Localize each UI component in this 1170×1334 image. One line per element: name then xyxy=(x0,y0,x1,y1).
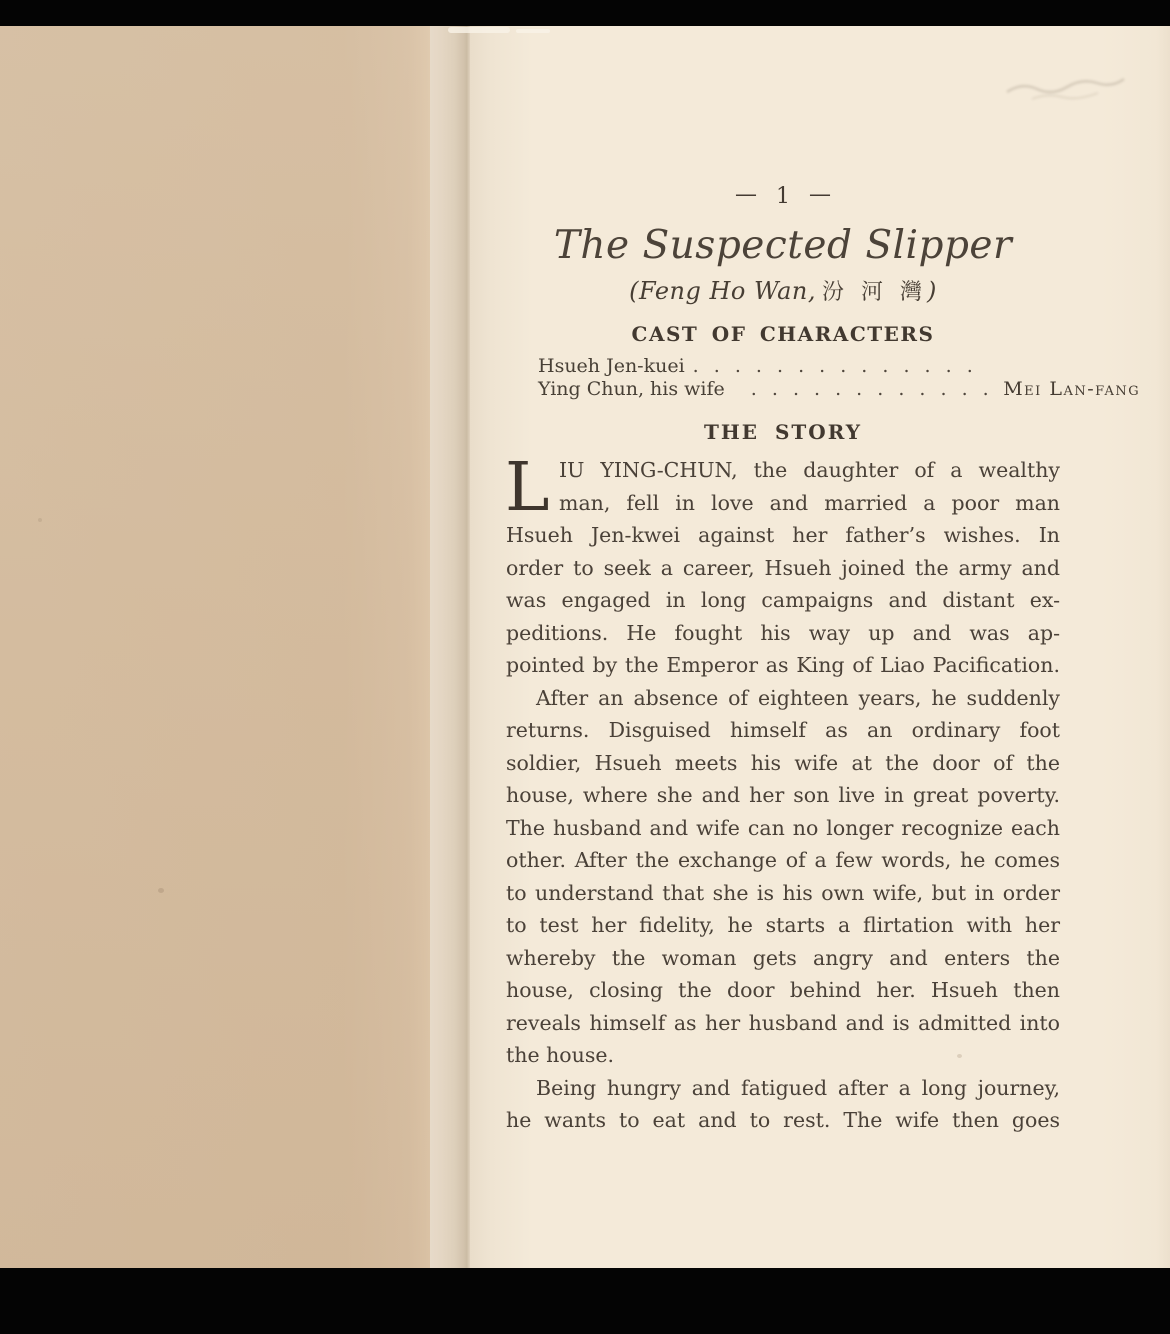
story-line: he wants to eat and to rest. The wife th… xyxy=(506,1104,1060,1137)
story-paragraph-1: L IU YING-CHUN, the daughter of a wealth… xyxy=(506,454,1060,682)
story-line: returns. Disguised himself as an ordinar… xyxy=(506,714,1060,747)
story-line: pointed by the Emperor as King of Liao P… xyxy=(506,649,1060,682)
page-number-dash: — xyxy=(735,182,757,207)
book-gutter xyxy=(430,26,470,1268)
paper-speck xyxy=(38,518,42,522)
subtitle-chinese: 汾 河 灣 xyxy=(822,280,927,305)
story-line: man, fell in love and married a poor man xyxy=(506,487,1060,520)
cast-entry: Ying Chun, his wife. . . . . . . . . . .… xyxy=(538,378,1060,401)
story-line: order to seek a career, Hsueh joined the… xyxy=(506,552,1060,585)
page-number-dash: — xyxy=(809,182,831,207)
book-scan: —1— The Suspected Slipper (Feng Ho Wan,汾… xyxy=(0,26,1170,1268)
cast-name: Hsueh Jen-kuei xyxy=(538,355,685,377)
story-line: to test her fidelity, he starts a flirta… xyxy=(506,909,1060,942)
story-line: Hsueh Jen-kwei against her father’s wish… xyxy=(506,519,1060,552)
play-title: The Suspected Slipper xyxy=(506,223,1060,268)
subtitle-romanized: Feng Ho Wan, xyxy=(639,277,816,305)
story-line: soldier, Hsueh meets his wife at the doo… xyxy=(506,747,1060,780)
page-number-value: 1 xyxy=(776,184,790,209)
text-column: —1— The Suspected Slipper (Feng Ho Wan,汾… xyxy=(506,26,1060,1137)
page-number: —1— xyxy=(506,184,1060,209)
subtitle-open-paren: ( xyxy=(629,277,639,305)
cast-heading: CAST OF CHARACTERS xyxy=(506,322,1060,346)
story-heading: THE STORY xyxy=(506,420,1060,444)
story-line: Being hungry and fatigued after a long j… xyxy=(506,1072,1060,1105)
story-paragraph-2: After an absence of eighteen years, he s… xyxy=(506,682,1060,1072)
story-line: peditions. He fought his way up and was … xyxy=(506,617,1060,650)
cast-performer: Mei Lan-fang xyxy=(1003,378,1140,400)
story-line: the house. xyxy=(506,1039,1060,1072)
story-line: whereby the woman gets angry and enters … xyxy=(506,942,1060,975)
story-line: The husband and wife can no longer recog… xyxy=(506,812,1060,845)
story-line: house, where she and her son live in gre… xyxy=(506,779,1060,812)
story-line: After an absence of eighteen years, he s… xyxy=(506,682,1060,715)
cast-entry: Hsueh Jen-kuei. . . . . . . . . . . . . … xyxy=(538,355,1060,378)
story-line: to understand that she is his own wife, … xyxy=(506,877,1060,910)
story-body: L IU YING-CHUN, the daughter of a wealth… xyxy=(506,454,1060,1137)
story-line: house, closing the door behind her. Hsue… xyxy=(506,974,1060,1007)
page-edge-mark xyxy=(448,27,510,33)
subtitle-close-paren: ) xyxy=(927,277,937,305)
play-subtitle: (Feng Ho Wan,汾 河 灣) xyxy=(506,275,1060,306)
drop-cap: L xyxy=(505,458,550,516)
story-line: was engaged in long campaigns and distan… xyxy=(506,584,1060,617)
cast-leader-dots: . . . . . . . . . . . . . . xyxy=(693,355,978,377)
cast-list: Hsueh Jen-kuei. . . . . . . . . . . . . … xyxy=(506,355,1060,401)
story-line: IU YING-CHUN, the daughter of a wealthy xyxy=(506,454,1060,487)
story-line: other. After the exchange of a few words… xyxy=(506,844,1060,877)
left-blank-page xyxy=(0,26,430,1268)
story-paragraph-3: Being hungry and fatigued after a long j… xyxy=(506,1072,1060,1137)
paper-speck xyxy=(158,888,164,893)
cast-leader-dots: . . . . . . . . . . . . xyxy=(751,378,993,400)
cast-name: Ying Chun, his wife xyxy=(538,378,725,400)
story-line: reveals himself as her husband and is ad… xyxy=(506,1007,1060,1040)
